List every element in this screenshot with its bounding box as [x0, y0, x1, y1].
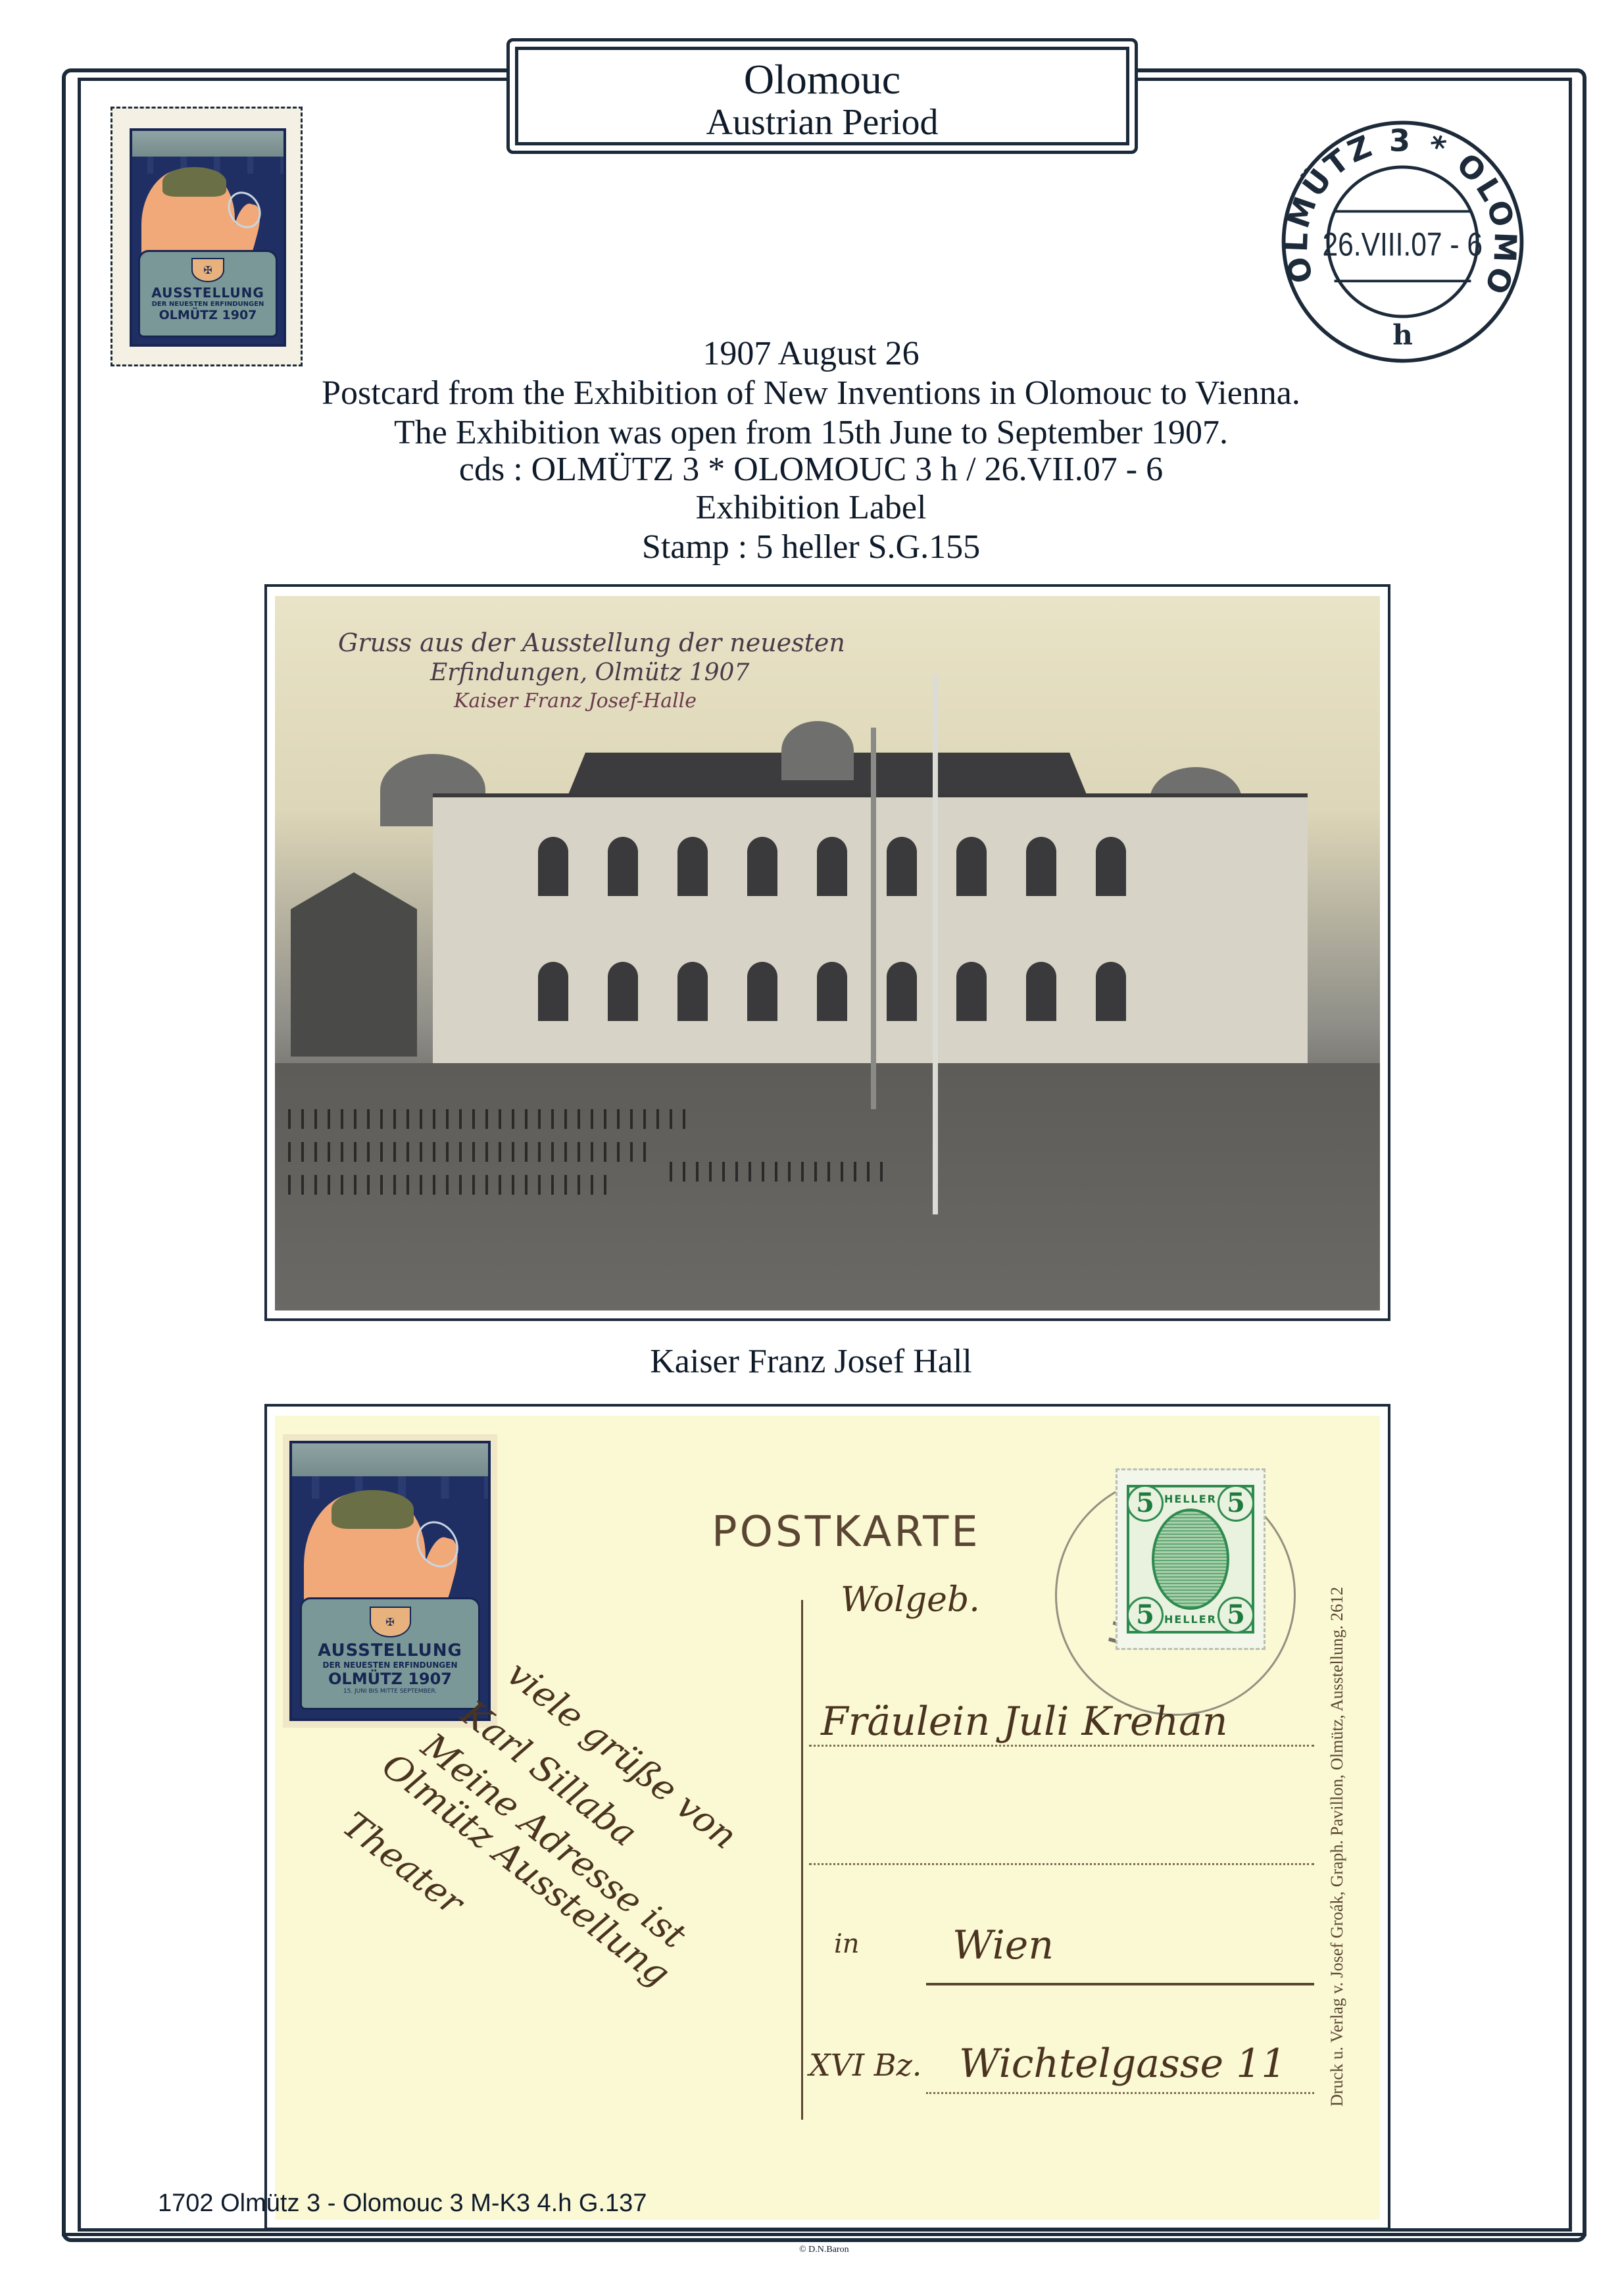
coat-of-arms-icon: ✠ — [370, 1607, 411, 1637]
flag-pole — [933, 675, 938, 1214]
postkarte-heading: POSTKARTE — [712, 1508, 981, 1557]
postcard-back-frame: ✠ AUSSTELLUNG DER NEUESTEN ERFINDUNGEN O… — [264, 1404, 1390, 2230]
description-stamp: Stamp : 5 heller S.G.155 — [92, 528, 1530, 567]
five-heller-stamp: HELLER HELLER 5 5 5 5 — [1116, 1468, 1266, 1650]
exhibition-label-image: ✠ AUSSTELLUNG DER NEUESTEN ERFINDUNGEN O… — [111, 107, 303, 366]
page-title: Olomouc — [518, 57, 1126, 103]
description-cds: cds : OLMÜTZ 3 * OLOMOUC 3 h / 26.VII.07… — [92, 450, 1530, 489]
picture-postcard-frame: Gruss aus der Ausstellung der neuesten E… — [264, 584, 1390, 1321]
catalogue-reference: 1702 Olmütz 3 - Olomouc 3 M-K3 4.h G.137 — [158, 2189, 647, 2218]
title-plate: Olomouc Austrian Period — [506, 38, 1138, 154]
kaiser-franz-josef-hall — [433, 793, 1308, 1067]
postcard-greeting: Gruss aus der Ausstellung der neuesten E… — [338, 628, 845, 714]
street-address: Wichtelgasse 11 — [959, 2041, 1287, 2087]
coat-of-arms-icon: ✠ — [191, 258, 224, 282]
center-dome — [781, 721, 854, 780]
cancellation-postmark-large: OLMÜTZ 3 * OLOMOUC 3 26.VIII.07 - 6 h — [1276, 115, 1529, 368]
lamp-post — [871, 728, 876, 1109]
exhibition-label-art: ✠ AUSSTELLUNG DER NEUESTEN ERFINDUNGEN O… — [130, 128, 286, 347]
description-label: Exhibition Label — [92, 488, 1530, 528]
square-ground — [275, 1063, 1380, 1310]
emperor-portrait-icon — [1152, 1509, 1229, 1610]
destination-city: Wien — [952, 1922, 1054, 1968]
cds-value: OLMÜTZ 3 * OLOMOUC 3 h / 26.VII.07 - 6 — [531, 451, 1163, 488]
page-subtitle: Austrian Period — [518, 103, 1126, 142]
handwritten-message: viele grüße von Karl Sillaba Meine Adres… — [380, 1653, 880, 2153]
title-plate-inner: Olomouc Austrian Period — [515, 47, 1129, 145]
picture-caption: Kaiser Franz Josef Hall — [92, 1342, 1530, 1382]
copyright-notice: © D.N.Baron — [799, 2245, 849, 2255]
description-line-1: Postcard from the Exhibition of New Inve… — [92, 374, 1530, 413]
svg-text:26.VIII.07 - 6: 26.VIII.07 - 6 — [1322, 226, 1483, 262]
footer-rule — [62, 2233, 1586, 2236]
postcard-back: ✠ AUSSTELLUNG DER NEUESTEN ERFINDUNGEN O… — [275, 1416, 1380, 2220]
label-banner: ✠ AUSSTELLUNG DER NEUESTEN ERFINDUNGEN O… — [138, 250, 278, 337]
description-date: 1907 August 26 — [92, 334, 1530, 374]
picture-postcard-image: Gruss aus der Ausstellung der neuesten E… — [275, 596, 1380, 1310]
description-line-2: The Exhibition was open from 15th June t… — [92, 413, 1530, 453]
postmark-icon: OLMÜTZ 3 * OLOMOUC 3 26.VIII.07 - 6 h — [1276, 115, 1529, 368]
salutation: Wolgeb. — [841, 1580, 980, 1620]
printer-imprint: Druck u. Verlag v. Josef Groák, Graph. P… — [1327, 1587, 1347, 2107]
bandstand — [275, 872, 433, 1057]
svg-text:OLMÜTZ 3 * OLOMOUC 3: OLMÜTZ 3 * OLOMOUC 3 — [1276, 115, 1523, 301]
